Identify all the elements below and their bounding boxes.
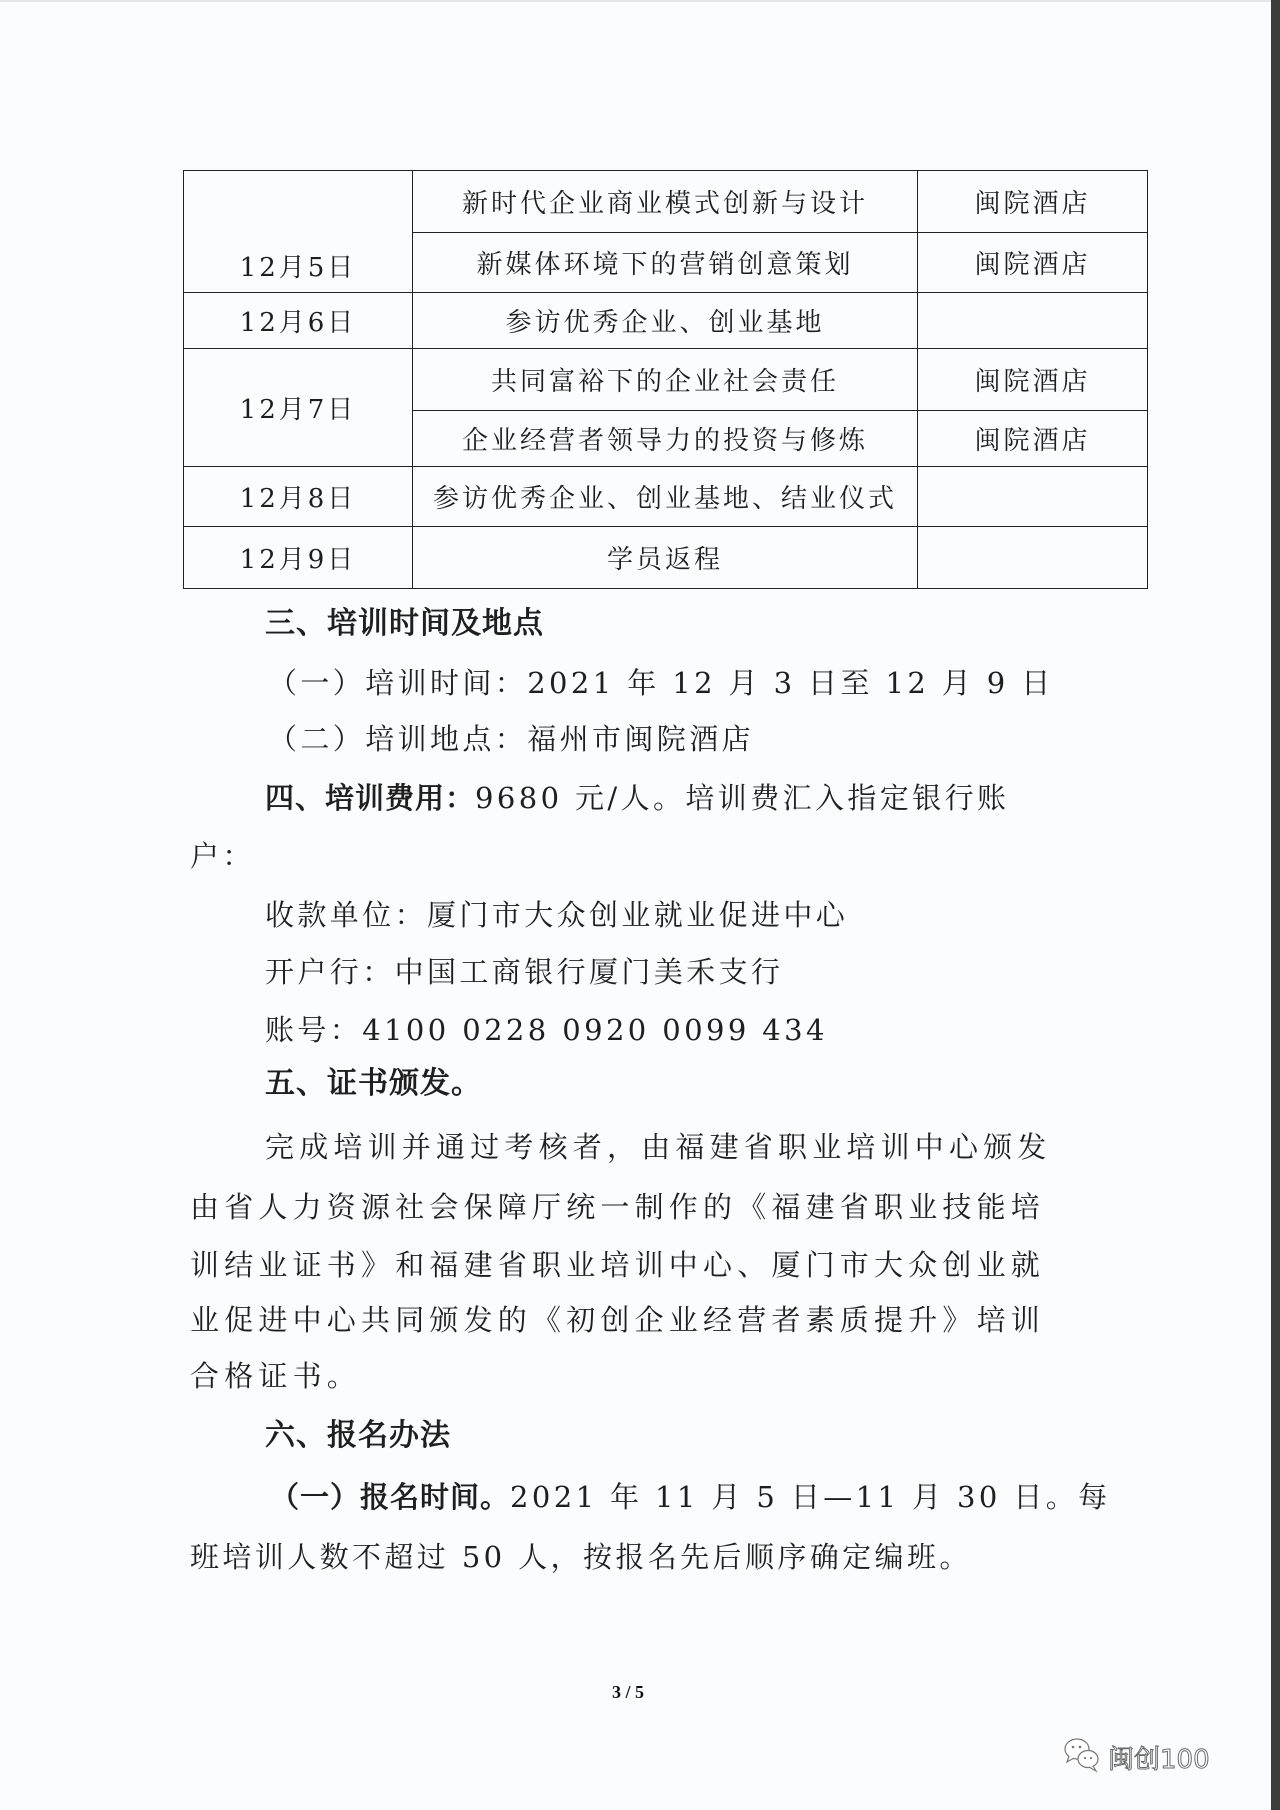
bank: 开户行：中国工商银行厦门美禾支行 — [265, 952, 1155, 992]
topic-cell: 新媒体环境下的营销创意策划 — [413, 233, 918, 293]
section6-heading: 六、报名办法 — [265, 1416, 1155, 1456]
date-cell: 12月8日 — [184, 467, 413, 527]
venue-cell: 闽院酒店 — [918, 411, 1148, 467]
venue-cell — [918, 467, 1148, 527]
registration-time-text: 2021 年 11 月 5 日—11 月 30 日。每 — [510, 1480, 1111, 1514]
training-time: （一）培训时间：2021 年 12 月 3 日至 12 月 9 日 — [268, 663, 1158, 703]
table-row: 12月6日 参访优秀企业、创业基地 — [184, 293, 1148, 349]
cert-paragraph-line: 由省人力资源社会保障厅统一制作的《福建省职业技能培 — [190, 1187, 1080, 1227]
scan-right-edge — [1271, 0, 1280, 1810]
registration-time-line1: （一）报名时间。2021 年 11 月 5 日—11 月 30 日。每 — [270, 1477, 1160, 1517]
table-row: 12月8日 参访优秀企业、创业基地、结业仪式 — [184, 467, 1148, 527]
topic-cell: 参访优秀企业、创业基地 — [413, 293, 918, 349]
table-row: 12月9日 学员返程 — [184, 527, 1148, 589]
date-cell: 12月5日 — [184, 171, 413, 293]
watermark-text: 闽创100 — [1108, 1739, 1210, 1776]
topic-cell: 新时代企业商业模式创新与设计 — [413, 171, 918, 233]
table-row: 12月7日 共同富裕下的企业社会责任 闽院酒店 — [184, 349, 1148, 411]
registration-time-line2: 班培训人数不超过 50 人，按报名先后顺序确定编班。 — [190, 1537, 1080, 1577]
date-cell: 12月6日 — [184, 293, 413, 349]
cert-paragraph-line: 训结业证书》和福建省职业培训中心、厦门市大众创业就 — [190, 1245, 1080, 1285]
topic-cell: 学员返程 — [413, 527, 918, 589]
venue-cell: 闽院酒店 — [918, 233, 1148, 293]
schedule-table: 12月5日 新时代企业商业模式创新与设计 闽院酒店 新媒体环境下的营销创意策划 … — [183, 170, 1148, 589]
topic-cell: 共同富裕下的企业社会责任 — [413, 349, 918, 411]
section4-line2: 户： — [190, 836, 1080, 876]
training-place: （二）培训地点：福州市闽院酒店 — [268, 719, 1158, 759]
section4-line1: 四、培训费用：9680 元/人。培训费汇入指定银行账 — [265, 778, 1155, 818]
account-number: 账号：4100 0228 0920 0099 434 — [265, 1010, 1155, 1050]
fee-text: 9680 元/人。培训费汇入指定银行账 — [475, 781, 1009, 815]
topic-cell: 参访优秀企业、创业基地、结业仪式 — [413, 467, 918, 527]
cert-paragraph-line: 业促进中心共同颁发的《初创企业经营者素质提升》培训 — [190, 1300, 1080, 1340]
scan-top-edge — [0, 0, 1280, 2]
section3-heading: 三、培训时间及地点 — [265, 604, 1155, 644]
venue-cell — [918, 293, 1148, 349]
venue-cell: 闽院酒店 — [918, 349, 1148, 411]
wechat-icon — [1062, 1735, 1102, 1779]
page-number: 3 / 5 — [612, 1682, 644, 1703]
venue-cell — [918, 527, 1148, 589]
registration-time-lead: （一）报名时间。 — [270, 1480, 510, 1514]
payee: 收款单位：厦门市大众创业就业促进中心 — [265, 895, 1155, 935]
topic-cell: 企业经营者领导力的投资与修炼 — [413, 411, 918, 467]
date-cell: 12月9日 — [184, 527, 413, 589]
cert-paragraph-line: 合格证书。 — [190, 1356, 1080, 1396]
cert-paragraph-line: 完成培训并通过考核者，由福建省职业培训中心颁发 — [265, 1127, 1155, 1167]
date-cell: 12月7日 — [184, 349, 413, 467]
table-row: 12月5日 新时代企业商业模式创新与设计 闽院酒店 — [184, 171, 1148, 233]
venue-cell: 闽院酒店 — [918, 171, 1148, 233]
section5-heading: 五、证书颁发。 — [265, 1064, 1155, 1104]
section4-heading: 四、培训费用： — [265, 781, 475, 815]
watermark: 闽创100 — [1062, 1735, 1210, 1779]
